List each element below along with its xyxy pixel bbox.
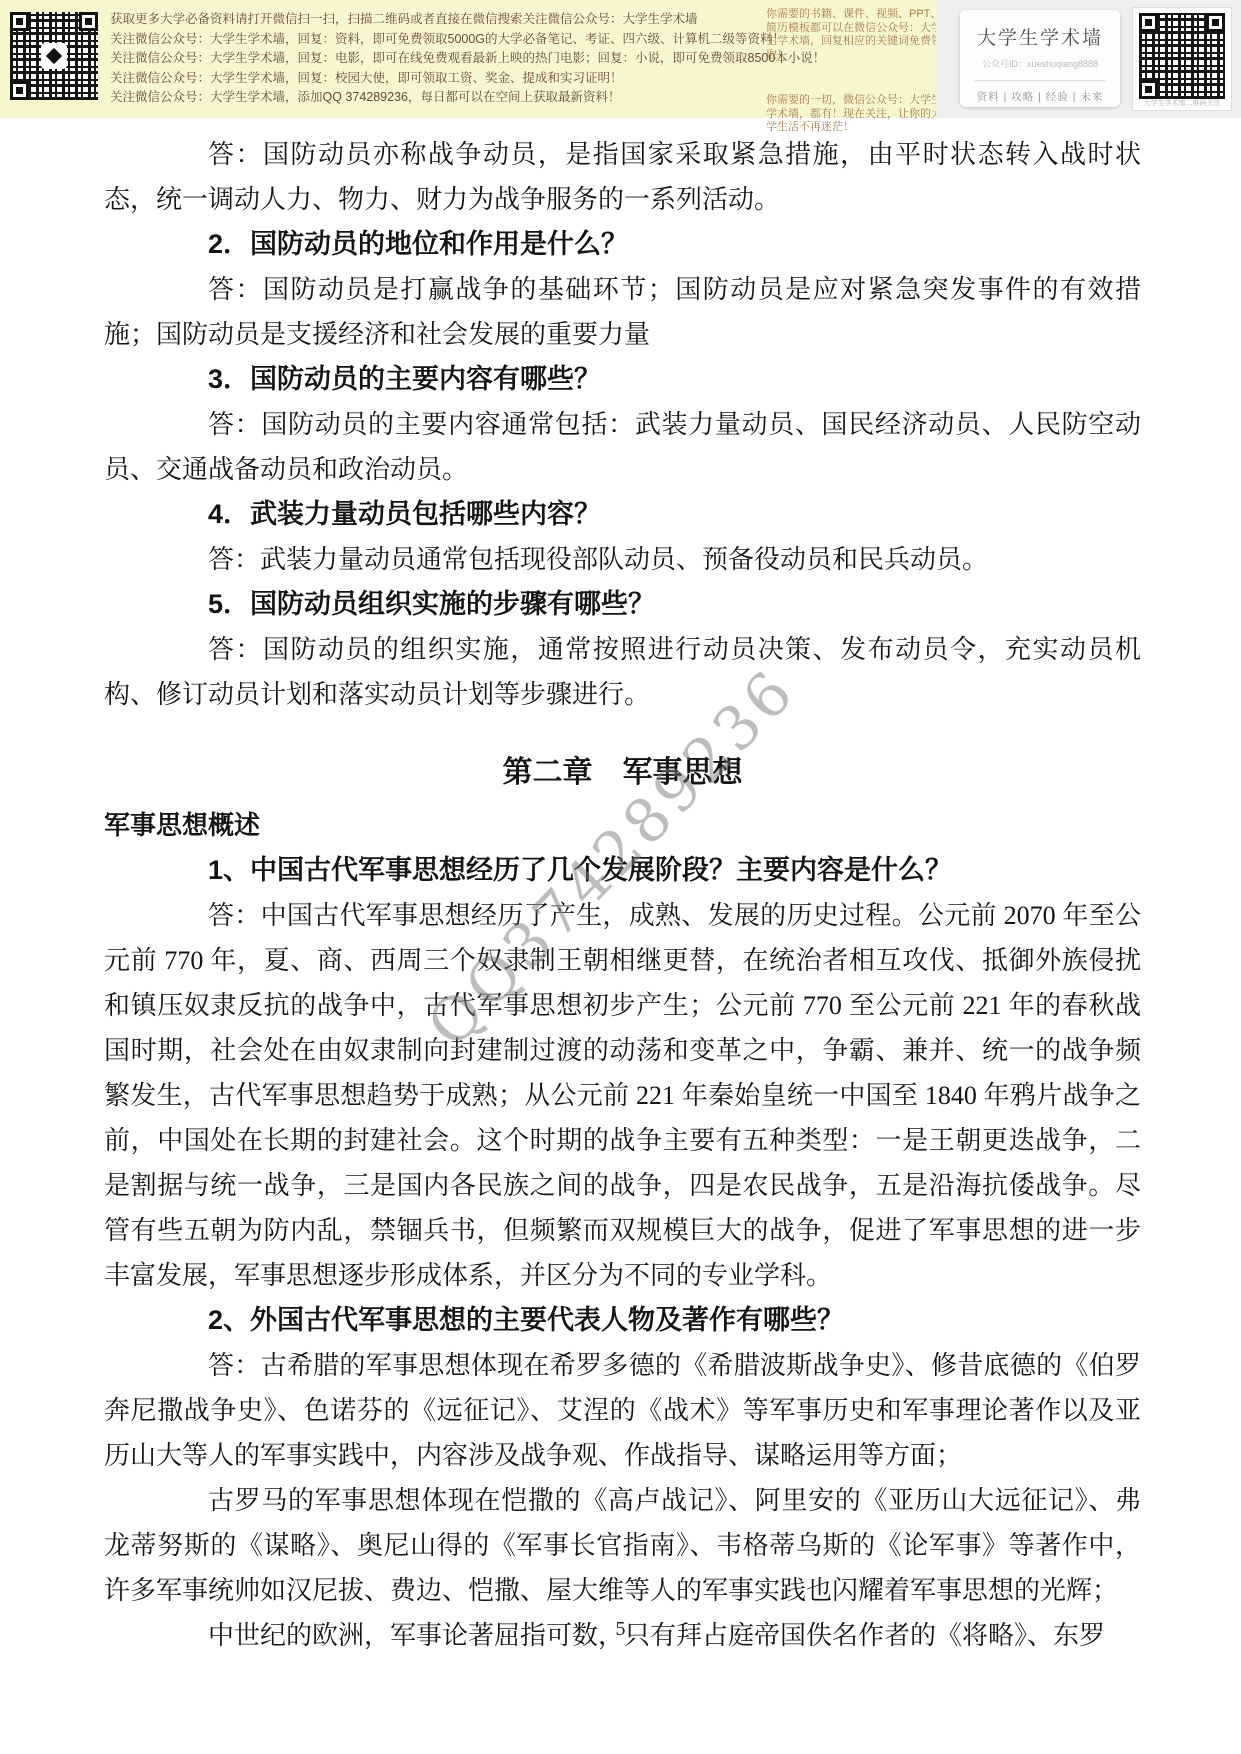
document-block: 答：国防动员的主要内容通常包括：武装力量动员、国民经济动员、人民防空动员、交通战… [104, 402, 1141, 492]
document-block: 3．国防动员的主要内容有哪些？ [104, 357, 1141, 402]
brand-card: 大学生学术墙 公众号ID：xueshuqiang8888 资料 | 攻略 | 经… [960, 10, 1120, 107]
card-divider [974, 80, 1106, 81]
qr-finder-icon [10, 12, 29, 31]
document-block: 2、外国古代军事思想的主要代表人物及著作有哪些？ [104, 1298, 1141, 1343]
promo-line: 关注微信公众号：大学生学术墙，回复：资料，即可免费领取5000G的大学必备笔记、… [110, 30, 825, 50]
document-block: 第二章 军事思想 [104, 747, 1141, 799]
wechat-qr-code-right [1139, 13, 1225, 99]
brand-tags: 资料 | 攻略 | 经验 | 未来 [960, 89, 1120, 104]
graduation-cap-logo-icon [41, 43, 67, 69]
document-block: 答：国防动员的组织实施，通常按照进行动员决策、发布动员令，充实动员机构、修订动员… [104, 627, 1141, 717]
promo-banner: 获取更多大学必备资料请打开微信扫一扫，扫描二维码或者直接在微信搜索关注微信公众号… [0, 0, 1241, 118]
qr-finder-icon [79, 12, 98, 31]
brand-title: 大学生学术墙 [960, 23, 1120, 50]
qr-caption: 大学生学术墙二维码关注 [1133, 99, 1231, 109]
promo-line: 关注微信公众号：大学生学术墙，回复：电影，即可在线免费观看最新上映的热门电影；回… [110, 49, 825, 69]
promo-line: 获取更多大学必备资料请打开微信扫一扫，扫描二维码或者直接在微信搜索关注微信公众号… [110, 10, 825, 30]
promo-text-lines: 获取更多大学必备资料请打开微信扫一扫，扫描二维码或者直接在微信搜索关注微信公众号… [110, 10, 825, 118]
qr-finder-icon [1139, 80, 1158, 99]
brand-account-id: 公众号ID：xueshuqiang8888 [960, 57, 1120, 70]
document-block: 答：武装力量动员通常包括现役部队动员、预备役动员和民兵动员。 [104, 537, 1141, 582]
document-block: 古罗马的军事思想体现在恺撒的《高卢战记》、阿里安的《亚历山大远征记》、弗龙蒂努斯… [104, 1478, 1141, 1613]
qr-finder-icon [1139, 13, 1158, 32]
document-block: 答：中国古代军事思想经历了产生，成熟、发展的历史过程。公元前 2070 年至公元… [104, 893, 1141, 1298]
document-block: 答：古希腊的军事思想体现在希罗多德的《希腊波斯战争史》、修昔底德的《伯罗奔尼撒战… [104, 1343, 1141, 1478]
promo-banner-left: 获取更多大学必备资料请打开微信扫一扫，扫描二维码或者直接在微信搜索关注微信公众号… [0, 0, 936, 118]
promo-banner-right: 大学生学术墙 公众号ID：xueshuqiang8888 资料 | 攻略 | 经… [936, 0, 1241, 118]
qr-finder-icon [10, 81, 29, 100]
document-page: 答：国防动员亦称战争动员，是指国家采取紧急措施，由平时状态转入战时状态，统一调动… [0, 118, 1241, 1658]
document-block: 5．国防动员组织实施的步骤有哪些？ [104, 582, 1141, 627]
document-block: 答：国防动员亦称战争动员，是指国家采取紧急措施，由平时状态转入战时状态，统一调动… [104, 132, 1141, 222]
document-block: 4．武装力量动员包括哪些内容？ [104, 492, 1141, 537]
document-block: 军事思想概述 [104, 803, 1141, 848]
qr-finder-icon [1206, 13, 1225, 32]
promo-line: 关注微信公众号：大学生学术墙，添加QQ 374289236，每日都可以在空间上获… [110, 88, 825, 108]
document-block: 2．国防动员的地位和作用是什么？ [104, 222, 1141, 267]
wechat-qr-code-left [10, 12, 98, 100]
document-block: 答：国防动员是打赢战争的基础环节；国防动员是应对紧急突发事件的有效措施；国防动员… [104, 267, 1141, 357]
page-number: 5 [0, 1618, 1241, 1641]
promo-line: 关注微信公众号：大学生学术墙，回复：校园大使，即可领取工资、奖金、提成和实习证明… [110, 69, 825, 89]
mid-promo-paragraph: 你需要的书籍、课件、视频、PPT、简历模板都可以在微信公众号：大学生学术墙，回复… [766, 8, 948, 62]
document-block: 1、中国古代军事思想经历了几个发展阶段？主要内容是什么？ [104, 848, 1141, 893]
qr-card: 大学生学术墙二维码关注 [1132, 7, 1232, 111]
